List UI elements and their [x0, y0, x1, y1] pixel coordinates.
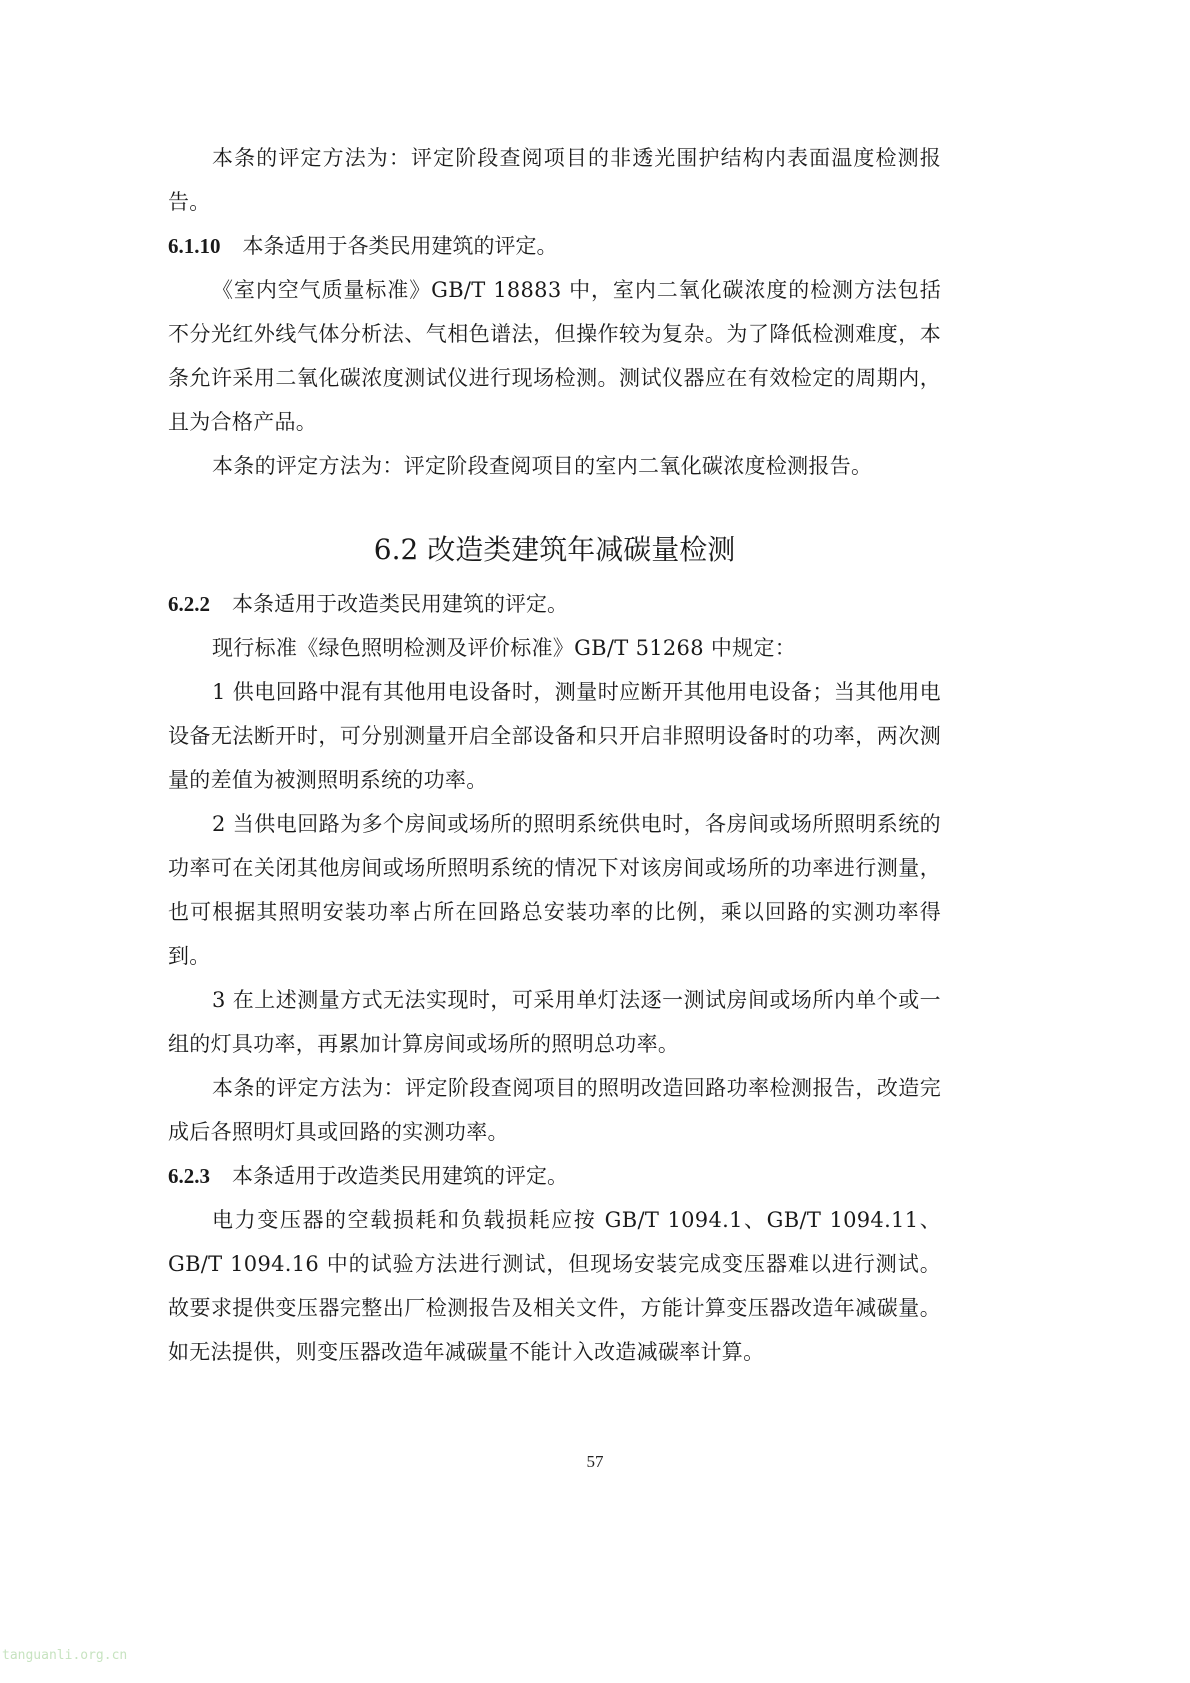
clause-number: 6.2.3 [168, 1164, 210, 1188]
clause-number: 6.1.10 [168, 234, 221, 258]
paragraph-item-1: 1 供电回路中混有其他用电设备时，测量时应断开其他用电设备；当其他用电设备无法断… [168, 670, 941, 802]
paragraph-evaluation-method-envelope: 本条的评定方法为：评定阶段查阅项目的非透光围护结构内表面温度检测报告。 [168, 136, 941, 224]
watermark: tanguanli.org.cn [2, 1648, 127, 1663]
paragraph-transformer: 电力变压器的空载损耗和负载损耗应按 GB/T 1094.1、GB/T 1094.… [168, 1198, 941, 1374]
paragraph-lighting-standard: 现行标准《绿色照明检测及评价标准》GB/T 51268 中规定： [168, 626, 941, 670]
document-body: 本条的评定方法为：评定阶段查阅项目的非透光围护结构内表面温度检测报告。 6.1.… [168, 136, 941, 1374]
clause-6-2-3: 6.2.3本条适用于改造类民用建筑的评定。 [168, 1154, 941, 1198]
paragraph-co2-standard: 《室内空气质量标准》GB/T 18883 中，室内二氧化碳浓度的检测方法包括不分… [168, 268, 941, 444]
section-title-6-2: 6.2 改造类建筑年减碳量检测 [168, 488, 941, 582]
page-number: 57 [0, 1452, 1190, 1472]
clause-6-2-2: 6.2.2本条适用于改造类民用建筑的评定。 [168, 582, 941, 626]
clause-number: 6.2.2 [168, 592, 210, 616]
paragraph-evaluation-method-lighting: 本条的评定方法为：评定阶段查阅项目的照明改造回路功率检测报告，改造完成后各照明灯… [168, 1066, 941, 1154]
clause-text: 本条适用于改造类民用建筑的评定。 [232, 1164, 568, 1188]
clause-6-1-10: 6.1.10本条适用于各类民用建筑的评定。 [168, 224, 941, 268]
clause-text: 本条适用于改造类民用建筑的评定。 [232, 592, 568, 616]
clause-text: 本条适用于各类民用建筑的评定。 [243, 234, 558, 258]
paragraph-evaluation-method-co2: 本条的评定方法为：评定阶段查阅项目的室内二氧化碳浓度检测报告。 [168, 444, 941, 488]
paragraph-item-2: 2 当供电回路为多个房间或场所的照明系统供电时，各房间或场所照明系统的功率可在关… [168, 802, 941, 978]
paragraph-item-3: 3 在上述测量方式无法实现时，可采用单灯法逐一测试房间或场所内单个或一组的灯具功… [168, 978, 941, 1066]
